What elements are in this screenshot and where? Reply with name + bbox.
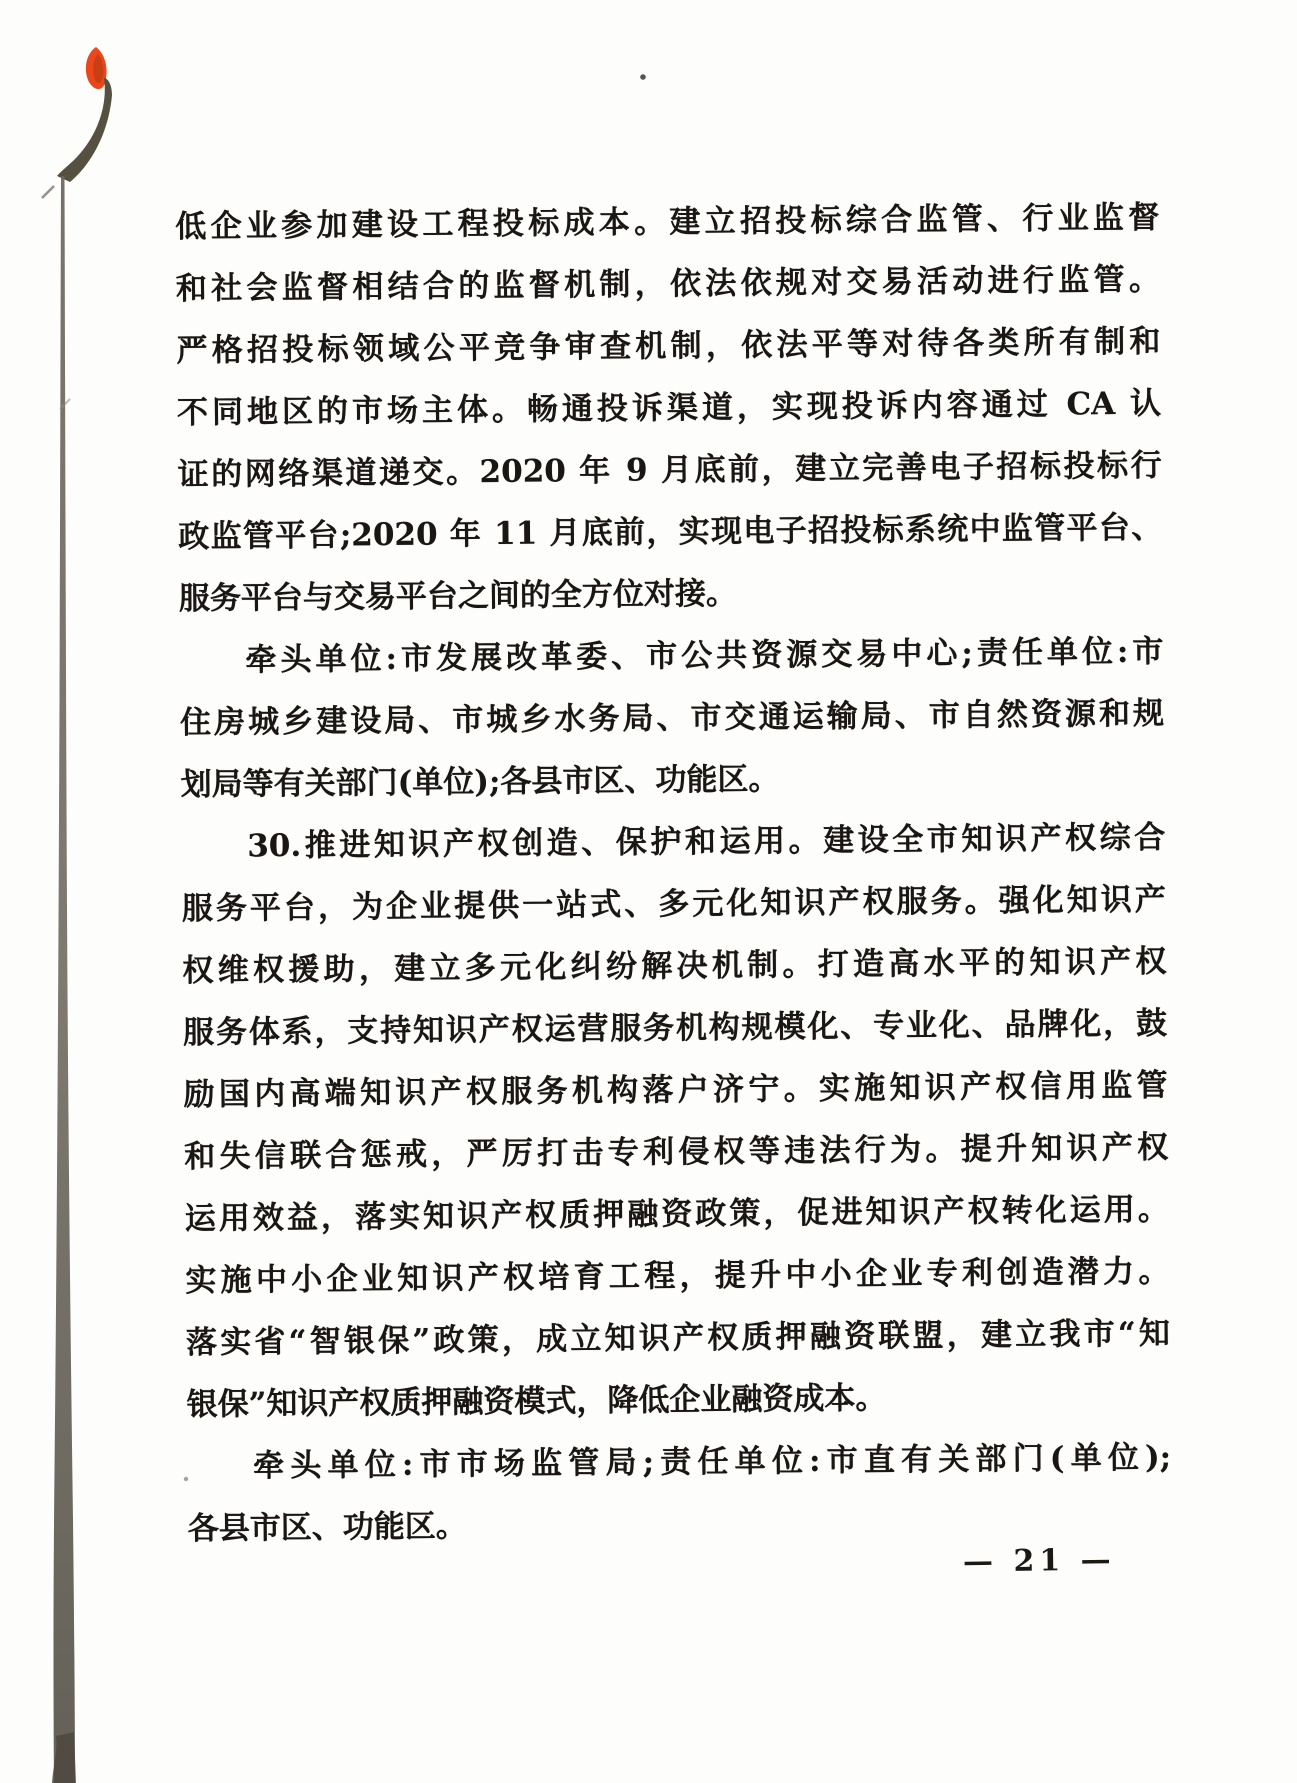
text-line: 服务平台与交易平台之间的全方位对接。 — [179, 559, 1164, 630]
binding-mark-red-core — [93, 54, 103, 83]
text-line: 实施中小企业知识产权培育工程，提升中小企业专利创造潜力。 — [185, 1241, 1170, 1312]
text-line: 服务平台，为企业提供一站式、多元化知识产权服务。强化知识产 — [182, 869, 1167, 940]
text-line: 落实省“智银保”政策，成立知识产权质押融资联盟，建立我市“知 — [186, 1303, 1171, 1374]
ink-speck-top — [640, 74, 646, 80]
scratch-mark-2 — [60, 399, 70, 409]
text-line: 银保”知识产权质押融资模式，降低企业融资成本。 — [186, 1365, 1171, 1436]
document-page: 低企业参加建设工程投标成本。建立招投标综合监管、行业监督和社会监督相结合的监督机… — [0, 0, 1297, 1783]
text-line: 证的网络渠道递交。2020 年 9 月底前，建立完善电子招标投标行 — [177, 435, 1162, 506]
binding-mark-red-tip — [86, 47, 107, 89]
binding-mark-curve — [57, 78, 112, 182]
text-line: 低企业参加建设工程投标成本。建立招投标综合监管、行业监督 — [175, 187, 1160, 258]
page-number: — 21 — — [963, 1541, 1183, 1579]
text-line: 牵头单位:市市场监管局;责任单位:市直有关部门(单位); — [187, 1426, 1172, 1497]
text-line: 牵头单位:市发展改革委、市公共资源交易中心;责任单位:市 — [179, 621, 1164, 692]
text-line: 和失信联合惩戒，严厉打击专利侵权等违法行为。提升知识产权 — [184, 1117, 1169, 1188]
binding-crease-foot — [52, 1732, 76, 1783]
text-line: 励国内高端知识产权服务机构落户济宁。实施知识产权信用监管 — [183, 1055, 1168, 1126]
text-line: 30.推进知识产权创造、保护和运用。建设全市知识产权综合 — [181, 807, 1166, 878]
text-line: 不同地区的市场主体。畅通投诉渠道，实现投诉内容通过 CA 认 — [177, 373, 1162, 444]
scratch-mark — [42, 186, 54, 198]
text-line: 运用效益，落实知识产权质押融资政策，促进知识产权转化运用。 — [185, 1179, 1170, 1250]
text-line: 和社会监督相结合的监督机制，依法依规对交易活动进行监管。 — [176, 249, 1161, 320]
text-line: 划局等有关部门(单位);各县市区、功能区。 — [180, 745, 1165, 816]
binding-crease-line — [54, 176, 76, 1783]
text-line: 服务体系，支持知识产权运营服务机构规模化、专业化、品牌化，鼓 — [183, 993, 1168, 1064]
text-line: 权维权援助，建立多元化纠纷解决机制。打造高水平的知识产权 — [182, 931, 1167, 1002]
text-line: 政监管平台;2020 年 11 月底前，实现电子招投标系统中监管平台、 — [178, 497, 1163, 568]
text-line: 住房城乡建设局、市城乡水务局、市交通运输局、市自然资源和规 — [180, 683, 1165, 754]
document-body: 低企业参加建设工程投标成本。建立招投标综合监管、行业监督和社会监督相结合的监督机… — [175, 187, 1172, 1560]
text-line: 严格招投标领域公平竞争审查机制，依法平等对待各类所有制和 — [176, 311, 1161, 382]
